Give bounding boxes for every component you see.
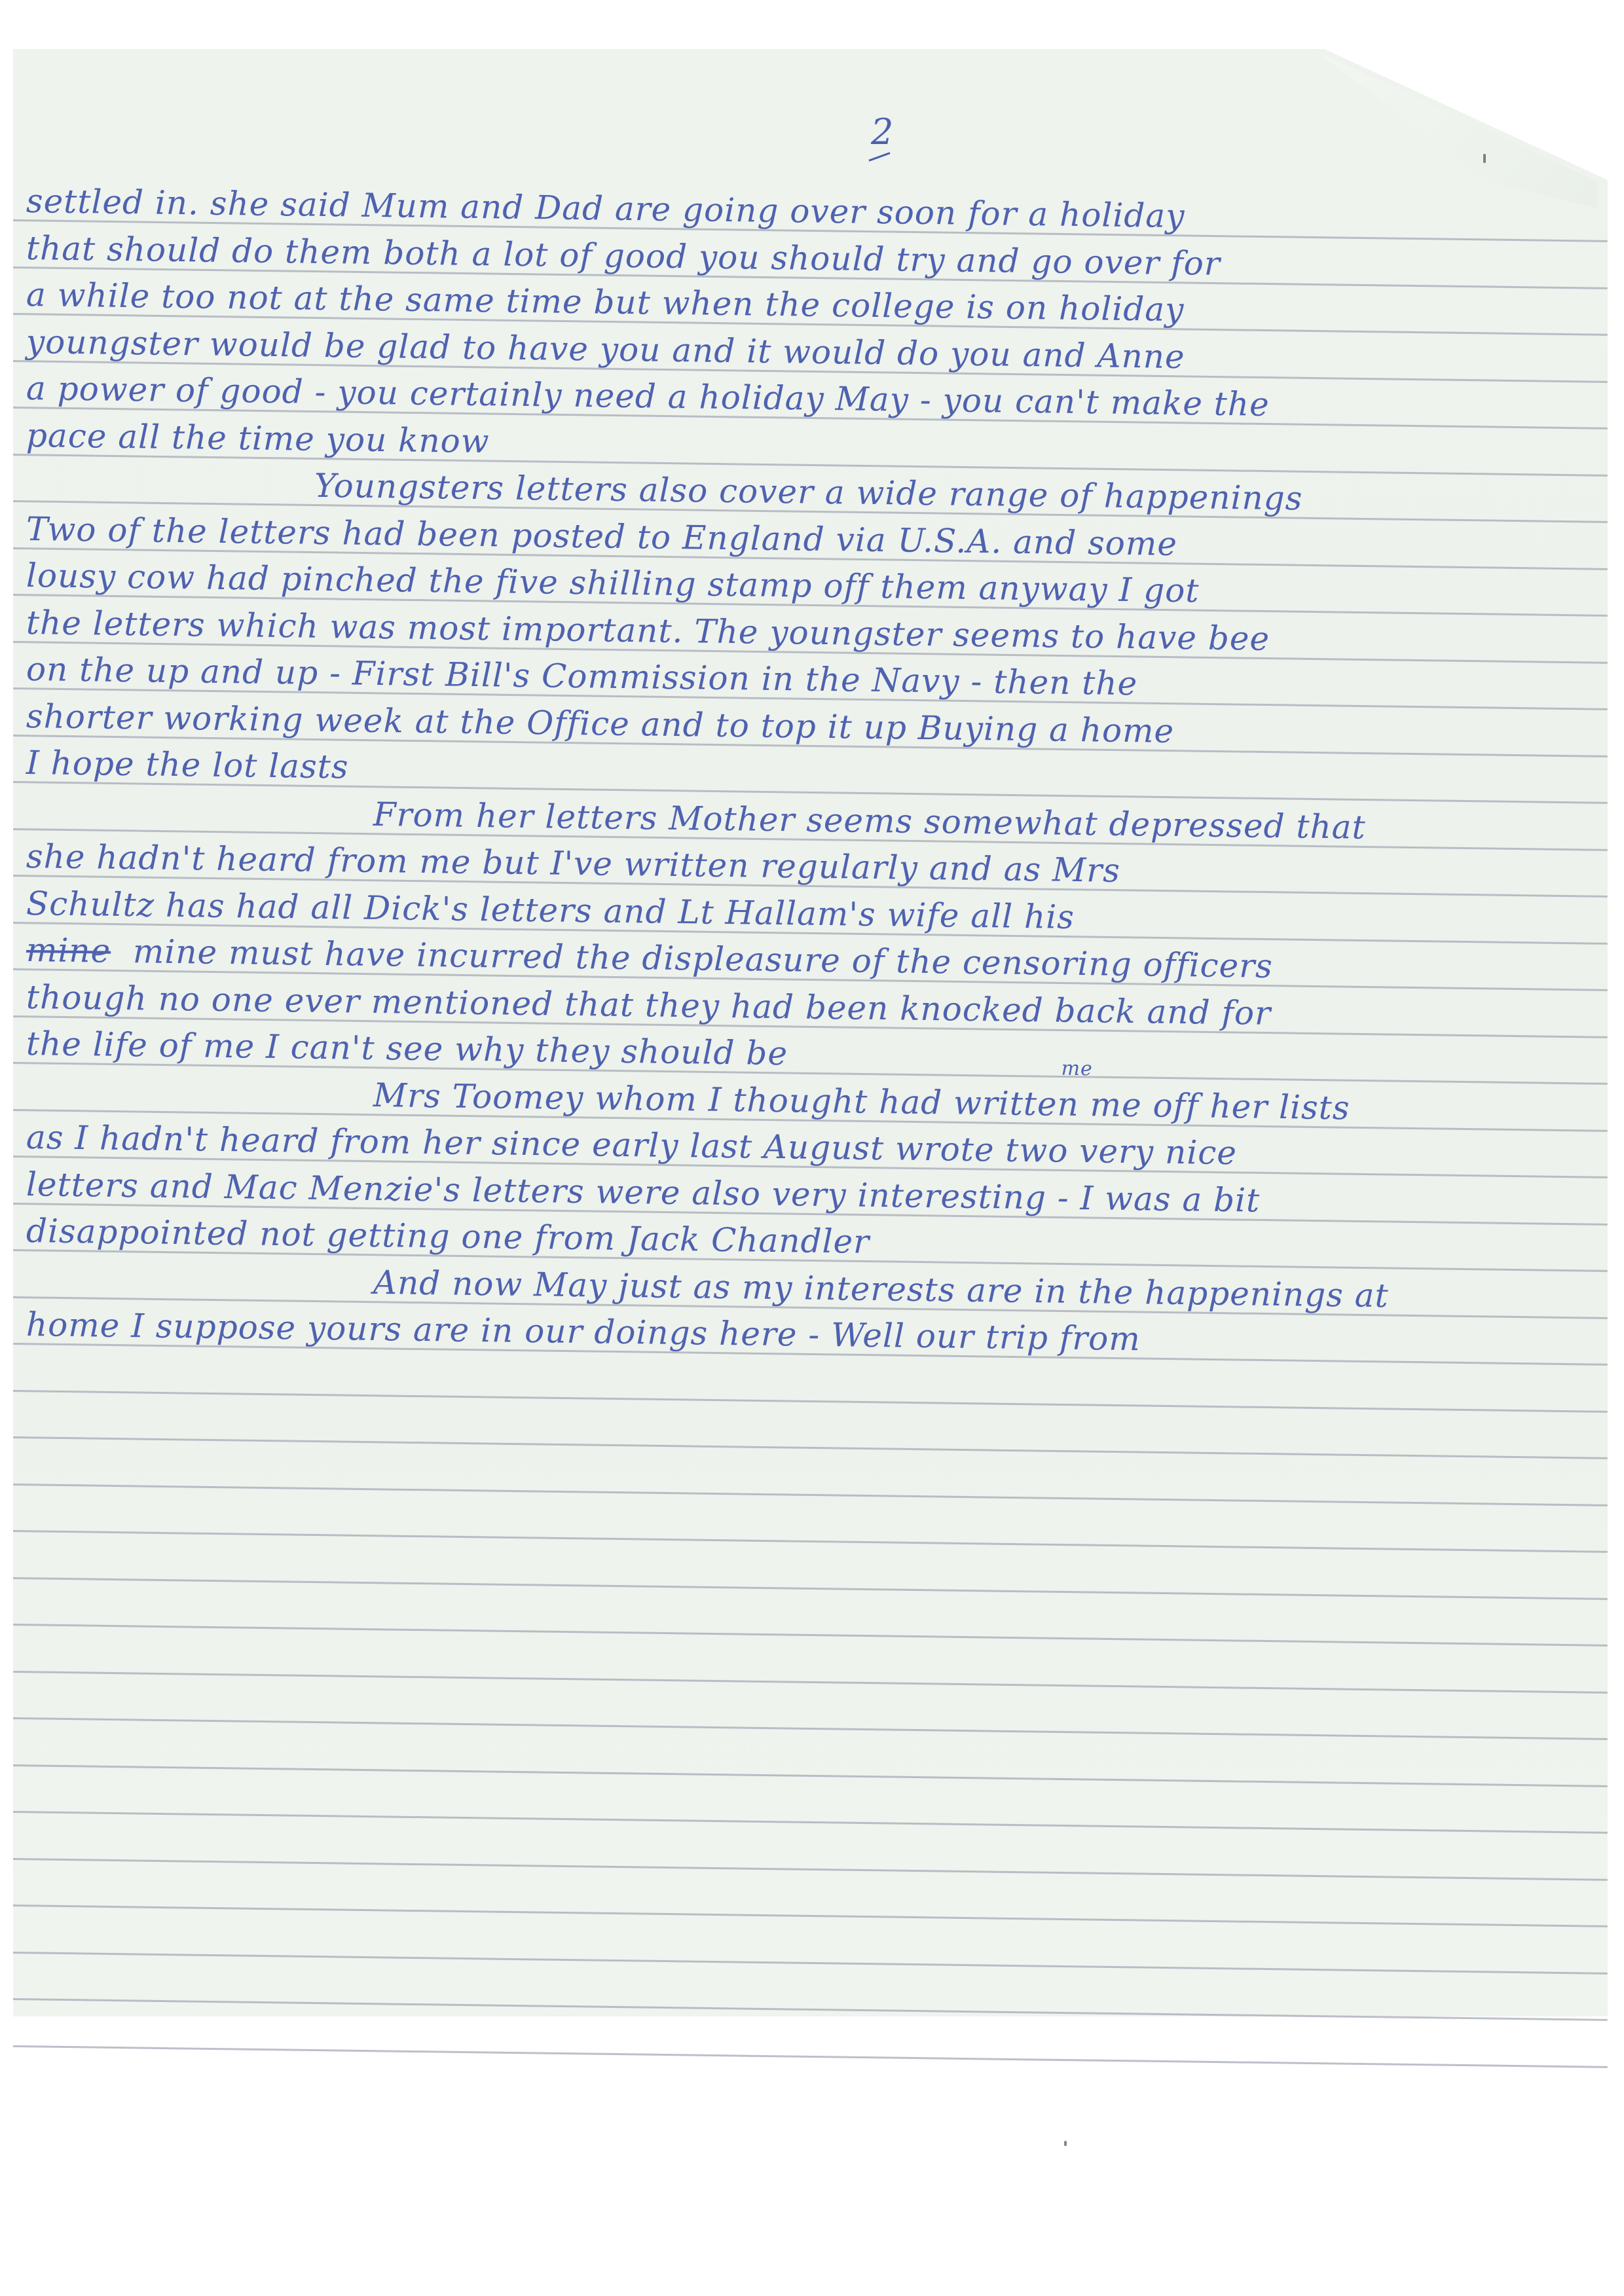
- inserted-word: me: [1061, 1059, 1093, 1079]
- scan-speck: [1064, 2141, 1067, 2146]
- text-line-main: Mrs Toomey whom I thought had written me…: [373, 1076, 1350, 1127]
- page-number: 2: [871, 111, 893, 153]
- scan-speck: [1483, 154, 1486, 163]
- ruled-line: [13, 2045, 1608, 2068]
- struck-word: mine: [26, 931, 111, 970]
- letter-body: settled in. she said Mum and Dad are goi…: [26, 178, 1598, 1349]
